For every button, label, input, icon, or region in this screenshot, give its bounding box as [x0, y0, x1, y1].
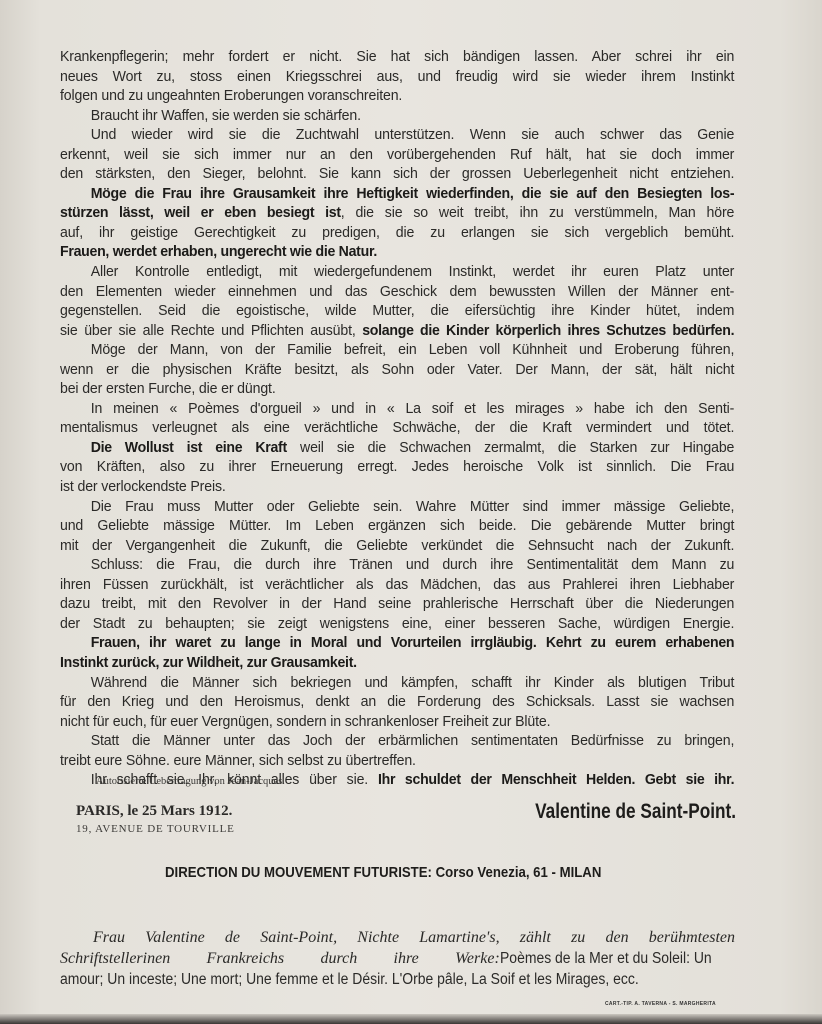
- text-line: Aller Kontrolle entledigt, mit wiedergef…: [60, 262, 734, 282]
- bold-text: stürzen lässt, weil er eben besiegt ist: [60, 204, 341, 221]
- text-line: Frauen, werdet erhaben, ungerecht wie di…: [60, 242, 734, 262]
- text-line: stürzen lässt, weil er eben besiegt ist,…: [60, 203, 734, 223]
- bold-text: Instinkt zurück, zur Wildheit, zur Graus…: [60, 654, 357, 671]
- italic-text: Frau Valentine de Saint-Point, Nichte La…: [93, 929, 735, 946]
- text-segment: sie über sie alle Rechte und Pflichten a…: [60, 322, 362, 339]
- document-page: Krankenpflegerin; mehr fordert er nicht.…: [0, 0, 822, 1024]
- direction-line: DIRECTION DU MOUVEMENT FUTURISTE: Corso …: [165, 864, 601, 881]
- text-segment: mentalismus verleugnet als eine verächtl…: [60, 419, 734, 436]
- bold-text: Möge die Frau ihre Grausamkeit ihre Heft…: [91, 185, 735, 202]
- text-line: Möge der Mann, von der Familie befreit, …: [60, 340, 734, 360]
- translator-note: Autorisierte Uebertragung von Jean-Jacqu…: [96, 776, 285, 787]
- text-segment: amour; Un inceste; Une mort; Une femme e…: [60, 969, 639, 990]
- bold-text: Ihr schuldet der Menschheit Helden. Gebt…: [378, 771, 734, 788]
- text-line: wenn er die physischen Kräfte besitzt, a…: [60, 360, 734, 380]
- text-line: Braucht ihr Waffen, sie werden sie schär…: [60, 106, 734, 126]
- author-signature: Valentine de Saint-Point.: [535, 800, 736, 824]
- text-line: Und wieder wird sie die Zuchtwahl unters…: [60, 125, 734, 145]
- text-segment: ist der verlockendste Preis.: [60, 478, 226, 495]
- text-line: sie über sie alle Rechte und Pflichten a…: [60, 321, 734, 341]
- text-segment: dazu treibt, mit den Revolver in der Han…: [60, 595, 734, 612]
- text-line: Schriftstellerinen Frankreichs durch ihr…: [60, 948, 735, 969]
- text-line: In meinen « Poèmes d'orgueil » und in « …: [60, 399, 734, 419]
- text-line: Die Frau muss Mutter oder Geliebte sein.…: [60, 497, 734, 517]
- text-line: erkennt, weil sie sich immer nur an den …: [60, 145, 734, 165]
- text-line: treibt eure Söhne. eure Männer, sich sel…: [60, 751, 734, 771]
- text-line: Krankenpflegerin; mehr fordert er nicht.…: [60, 47, 734, 67]
- text-line: Während die Männer sich bekriegen und kä…: [60, 673, 734, 693]
- bold-text: Frauen, werdet erhaben, ungerecht wie di…: [60, 243, 377, 260]
- text-segment: den stärksten, den Sieger, belohnt. Sie …: [60, 165, 734, 182]
- author-bio: Frau Valentine de Saint-Point, Nichte La…: [60, 927, 735, 990]
- text-line: und Geliebte mässige Mütter. Im Leben er…: [60, 516, 734, 536]
- text-segment: mit der Vergangenheit die Zukunft, die G…: [60, 537, 734, 554]
- manifesto-body-text: Krankenpflegerin; mehr fordert er nicht.…: [60, 47, 734, 790]
- text-line: neues Wort zu, stoss einen Kriegsschrei …: [60, 67, 734, 87]
- text-line: von Kräften, also zu ihrer Erneuerung er…: [60, 457, 734, 477]
- text-line: amour; Un inceste; Une mort; Une femme e…: [60, 969, 735, 990]
- text-segment: Die Frau muss Mutter oder Geliebte sein.…: [91, 498, 735, 515]
- text-line: folgen und zu ungeahnten Eroberungen vor…: [60, 86, 734, 106]
- text-segment: neues Wort zu, stoss einen Kriegsschrei …: [60, 68, 734, 85]
- bold-text: solange die Kinder körperlich ihres Schu…: [362, 322, 734, 339]
- text-line: bei der ersten Furche, die er düngt.: [60, 379, 734, 399]
- text-segment: gegenstellen. Seid die egoistische, wild…: [60, 302, 734, 319]
- text-line: mit der Vergangenheit die Zukunft, die G…: [60, 536, 734, 556]
- place-date: PARIS, le 25 Mars 1912.: [76, 803, 232, 820]
- text-segment: Möge der Mann, von der Familie befreit, …: [91, 341, 735, 358]
- text-segment: den Elementen wieder einnehmen und das G…: [60, 283, 734, 300]
- text-segment: folgen und zu ungeahnten Eroberungen vor…: [60, 87, 402, 104]
- page-bottom-edge: [0, 1014, 822, 1024]
- text-segment: wenn er die physischen Kräfte besitzt, a…: [60, 361, 734, 378]
- text-line: Möge die Frau ihre Grausamkeit ihre Heft…: [60, 184, 734, 204]
- text-segment: auf, ihr geistige Gerechtigkeit zu predi…: [60, 224, 734, 241]
- text-segment: von Kräften, also zu ihrer Erneuerung er…: [60, 458, 734, 475]
- bold-text: Die Wollust ist eine Kraft: [91, 439, 287, 456]
- address: 19, AVENUE DE TOURVILLE: [76, 823, 235, 835]
- text-segment: In meinen « Poèmes d'orgueil » und in « …: [91, 400, 735, 417]
- text-segment: Aller Kontrolle entledigt, mit wiedergef…: [91, 263, 735, 280]
- bold-text: Frauen, ihr waret zu lange in Moral und …: [91, 634, 735, 651]
- text-line: gegenstellen. Seid die egoistische, wild…: [60, 301, 734, 321]
- text-line: mentalismus verleugnet als eine verächtl…: [60, 418, 734, 438]
- text-line: Die Wollust ist eine Kraft weil sie die …: [60, 438, 734, 458]
- text-line: dazu treibt, mit den Revolver in der Han…: [60, 594, 734, 614]
- text-line: Instinkt zurück, zur Wildheit, zur Graus…: [60, 653, 734, 673]
- text-segment: ihren Füssen zurückhält, ist verächtlich…: [60, 576, 734, 593]
- text-line: Frau Valentine de Saint-Point, Nichte La…: [60, 927, 735, 948]
- text-line: ihren Füssen zurückhält, ist verächtlich…: [60, 575, 734, 595]
- text-segment: Und wieder wird sie die Zuchtwahl unters…: [91, 126, 735, 143]
- text-line: für den Krieg und den Heroismus, denkt a…: [60, 692, 734, 712]
- printer-mark: CART.-TIP. A. TAVERNA - S. MARGHERITA: [605, 1001, 716, 1007]
- text-line: Schluss: die Frau, die durch ihre Tränen…: [60, 555, 734, 575]
- text-segment: und Geliebte mässige Mütter. Im Leben er…: [60, 517, 734, 534]
- text-line: nicht für euch, für euer Vergnügen, sond…: [60, 712, 734, 732]
- text-segment: Statt die Männer unter das Joch der erbä…: [91, 732, 735, 749]
- text-segment: Krankenpflegerin; mehr fordert er nicht.…: [60, 48, 734, 65]
- text-line: auf, ihr geistige Gerechtigkeit zu predi…: [60, 223, 734, 243]
- text-segment: für den Krieg und den Heroismus, denkt a…: [60, 693, 734, 710]
- text-segment: Poèmes de la Mer et du Soleil: Un: [500, 948, 712, 969]
- text-segment: erkennt, weil sie sich immer nur an den …: [60, 146, 734, 163]
- text-segment: , die sie so weit treibt, ihn zu verstüm…: [341, 204, 734, 221]
- text-segment: Schluss: die Frau, die durch ihre Tränen…: [91, 556, 735, 573]
- text-line: den stärksten, den Sieger, belohnt. Sie …: [60, 164, 734, 184]
- text-segment: weil sie die Schwachen zermalmt, die Sta…: [287, 439, 734, 456]
- text-line: Statt die Männer unter das Joch der erbä…: [60, 731, 734, 751]
- text-line: den Elementen wieder einnehmen und das G…: [60, 282, 734, 302]
- italic-text: Schriftstellerinen Frankreichs durch ihr…: [60, 950, 500, 967]
- text-segment: bei der ersten Furche, die er düngt.: [60, 380, 276, 397]
- text-segment: Braucht ihr Waffen, sie werden sie schär…: [91, 107, 361, 124]
- text-line: ist der verlockendste Preis.: [60, 477, 734, 497]
- text-segment: treibt eure Söhne. eure Männer, sich sel…: [60, 752, 416, 769]
- text-line: Frauen, ihr waret zu lange in Moral und …: [60, 633, 734, 653]
- text-segment: Während die Männer sich bekriegen und kä…: [91, 674, 735, 691]
- text-line: der Stadt zu behaupten; sie zeigt wenigs…: [60, 614, 734, 634]
- text-segment: der Stadt zu behaupten; sie zeigt wenigs…: [60, 615, 734, 632]
- text-segment: nicht für euch, für euer Vergnügen, sond…: [60, 713, 550, 730]
